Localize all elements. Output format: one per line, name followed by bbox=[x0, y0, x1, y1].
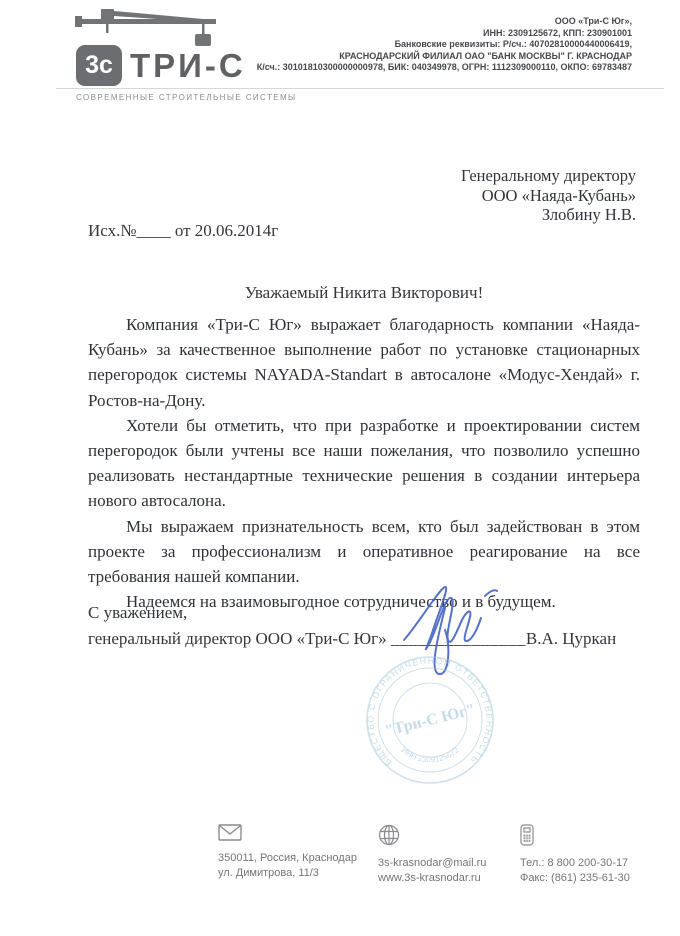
recipient-line: Генеральному директору bbox=[461, 166, 636, 186]
letter-page: 3с ТРИ-С СОВРЕМЕННЫЕ СТРОИТЕЛЬНЫЕ СИСТЕМ… bbox=[0, 0, 680, 936]
outgoing-ref: Исх.№____ от 20.06.2014г bbox=[88, 221, 278, 241]
closing-block: С уважением, генеральный директор ООО «Т… bbox=[88, 600, 616, 652]
logo-row: 3с ТРИ-С bbox=[76, 45, 246, 86]
logo-subtitle: СОВРЕМЕННЫЕ СТРОИТЕЛЬНЫЕ СИСТЕМЫ bbox=[76, 93, 246, 102]
body-paragraph: Хотели бы отметить, что при разработке и… bbox=[88, 413, 640, 514]
recipient-block: Генеральному директору ООО «Наяда-Кубань… bbox=[461, 166, 636, 225]
stamp-center-text: "Три-С Юг" bbox=[383, 701, 476, 740]
closing-regards: С уважением, bbox=[88, 600, 616, 626]
requisites-line: К/сч.: 30101810300000000978, БИК: 040349… bbox=[257, 62, 632, 74]
logo-brand-text: ТРИ-С bbox=[130, 47, 246, 85]
recipient-line: ООО «Наяда-Кубань» bbox=[461, 186, 636, 206]
recipient-line: Злобину Н.В. bbox=[461, 205, 636, 225]
body-paragraph: Компания «Три-С Юг» выражает благодарнос… bbox=[88, 312, 640, 413]
requisites-line: ИНН: 2309125672, КПП: 230901001 bbox=[257, 28, 632, 40]
footer-phone-column: Тел.: 8 800 200-30-17 Факс: (861) 235-61… bbox=[520, 824, 630, 885]
company-stamp: ОБЩЕСТВО С ОГРАНИЧЕННОЙ ОТВЕТСТВЕННОСТЬЮ… bbox=[360, 650, 500, 790]
footer-address-column: 350011, Россия, Краснодар ул. Димитрова,… bbox=[218, 824, 357, 880]
mobile-phone-icon bbox=[520, 824, 534, 846]
envelope-icon bbox=[218, 824, 242, 841]
stamp-inn-text: ИНН 2309125672 bbox=[399, 745, 461, 764]
footer-phone: Тел.: 8 800 200-30-17 bbox=[520, 856, 630, 871]
svg-text:ИНН 2309125672: ИНН 2309125672 bbox=[399, 745, 461, 764]
closing-position: генеральный директор ООО «Три-С Юг» bbox=[88, 629, 391, 648]
letter-body: Компания «Три-С Юг» выражает благодарнос… bbox=[88, 312, 640, 614]
salutation: Уважаемый Никита Викторович! bbox=[88, 283, 640, 303]
footer-web-column: 3s-krasnodar@mail.ru www.3s-krasnodar.ru bbox=[378, 824, 486, 885]
requisites-line: КРАСНОДАРСКИЙ ФИЛИАЛ ОАО "БАНК МОСКВЫ" Г… bbox=[257, 51, 632, 63]
footer-email: 3s-krasnodar@mail.ru bbox=[378, 856, 486, 871]
globe-icon bbox=[378, 824, 400, 846]
requisites-line: Банковские реквизиты: Р/сч.: 40702810000… bbox=[257, 39, 632, 51]
footer-website: www.3s-krasnodar.ru bbox=[378, 871, 486, 886]
tower-crane-icon bbox=[74, 8, 224, 48]
requisites-line: ООО «Три-С Юг», bbox=[257, 16, 632, 28]
logo-monogram: 3с bbox=[76, 45, 122, 86]
closing-signature-line: генеральный директор ООО «Три-С Юг» ____… bbox=[88, 626, 616, 652]
signer-name: В.А. Цуркан bbox=[526, 629, 616, 648]
footer-address-line: 350011, Россия, Краснодар bbox=[218, 851, 357, 866]
footer-address-line: ул. Димитрова, 11/3 bbox=[218, 866, 357, 881]
body-paragraph: Мы выражаем признательность всем, кто бы… bbox=[88, 514, 640, 590]
header-divider bbox=[56, 88, 664, 89]
footer-fax: Факс: (861) 235-61-30 bbox=[520, 871, 630, 886]
company-requisites: ООО «Три-С Юг», ИНН: 2309125672, КПП: 23… bbox=[257, 16, 632, 74]
